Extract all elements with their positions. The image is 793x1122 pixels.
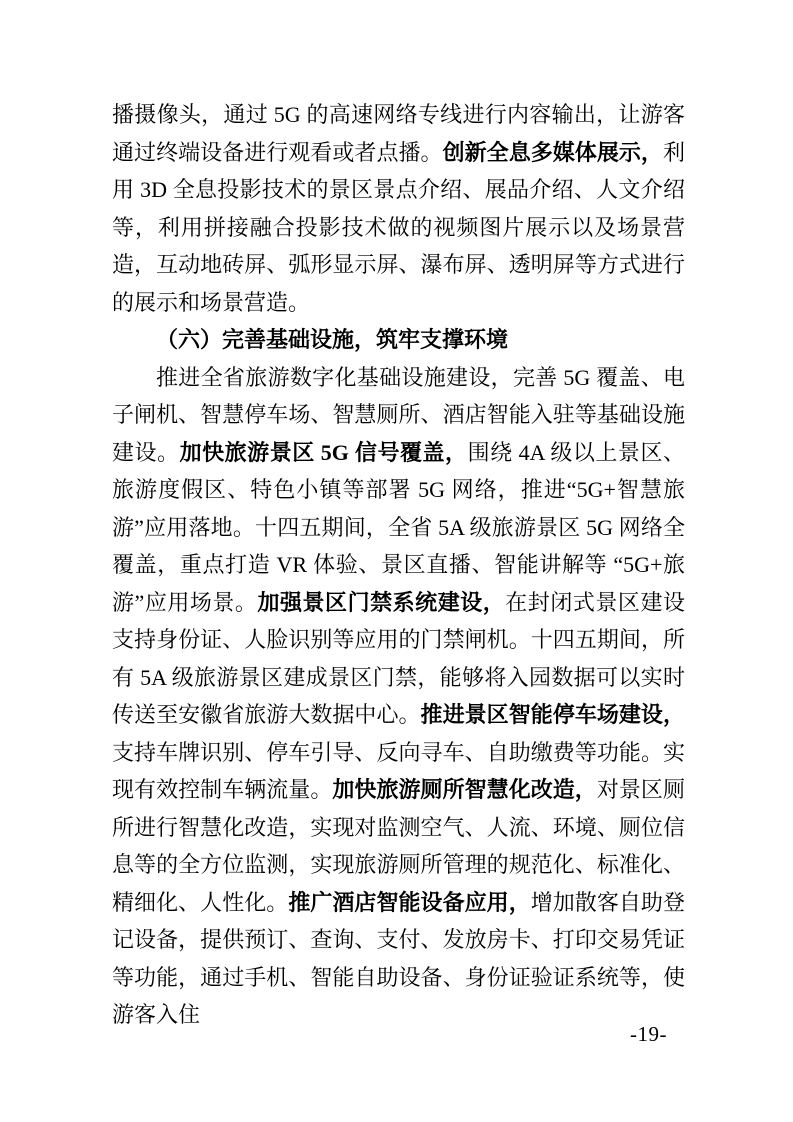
bold-text-run: 加强景区门禁系统建设， — [257, 590, 505, 615]
document-body: 播摄像头，通过 5G 的高速网络专线进行内容输出，让游客通过终端设备进行观看或者… — [112, 96, 685, 1034]
page-number: -19- — [630, 1022, 667, 1046]
bold-text-run: 创新全息多媒体展示， — [443, 140, 663, 165]
text-run: 围绕 4A 级以上景区、旅游度假区、特色小镇等部署 5G 网络，推进“5G+智慧… — [112, 440, 685, 615]
section-heading: （六）完善基础设施，筑牢支撑环境 — [112, 321, 685, 359]
document-page: 播摄像头，通过 5G 的高速网络专线进行内容输出，让游客通过终端设备进行观看或者… — [0, 0, 793, 1122]
bold-text-run: 推广酒店智能设备应用， — [288, 890, 530, 915]
bold-text-run: 加快旅游厕所智慧化改造， — [332, 777, 596, 802]
bold-text-run: 加快旅游景区 5G 信号覆盖， — [180, 440, 468, 465]
paragraph: 推进全省旅游数字化基础设施建设，完善 5G 覆盖、电子闸机、智慧停车场、智慧厕所… — [112, 359, 685, 1034]
bold-text-run: 推进景区智能停车场建设， — [421, 702, 685, 727]
text-run: 利用 3D 全息投影技术的景区景点介绍、展品介绍、人文介绍等，利用拼接融合投影技… — [112, 140, 685, 315]
paragraph: 播摄像头，通过 5G 的高速网络专线进行内容输出，让游客通过终端设备进行观看或者… — [112, 96, 685, 321]
bold-text-run: （六）完善基础设施，筑牢支撑环境 — [156, 327, 508, 352]
